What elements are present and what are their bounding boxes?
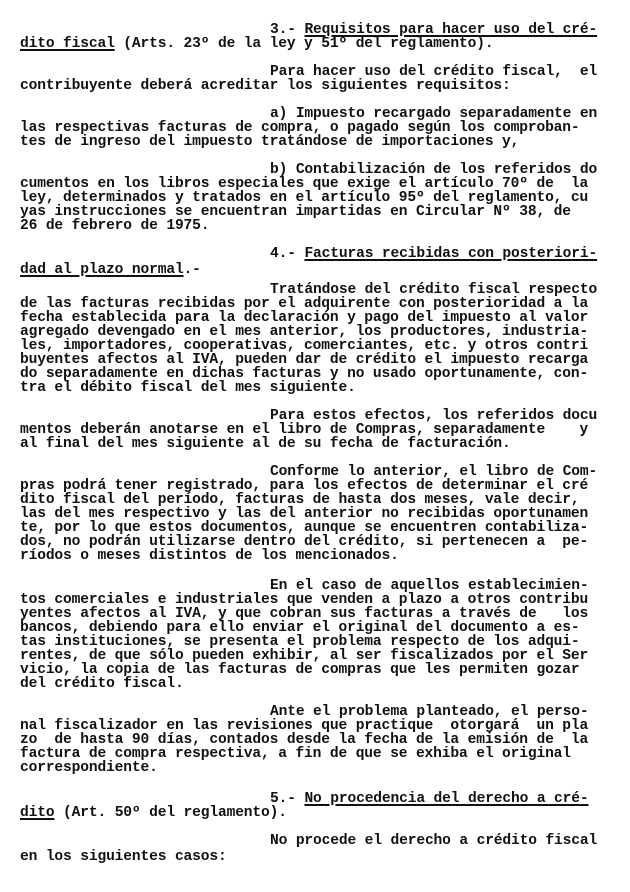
paragraph-line: les, importadores, cooperativas, comerci… xyxy=(20,339,588,353)
paragraph-line: Tratándose del crédito fiscal respecto xyxy=(270,283,597,297)
paragraph-line: Conforme lo anterior, el libro de Com- xyxy=(270,465,597,479)
paragraph-line: 26 de febrero de 1975. xyxy=(20,219,209,233)
paragraph-line: te, por lo que estos documentos, aunque … xyxy=(20,521,588,535)
paragraph-line: pras podrá tener registrado, para los ef… xyxy=(20,479,588,493)
paragraph-line: fecha establecida para la declaración y … xyxy=(20,311,588,325)
section-3-heading-line2: dito fiscal (Arts. 23º de la ley y 51º d… xyxy=(20,37,493,51)
paragraph-line: vicio, la copia de las facturas de compr… xyxy=(20,663,580,677)
paragraph-line: correspondiente. xyxy=(20,761,158,775)
section-3-heading-line1: 3.- Requisitos para hacer uso del cré- xyxy=(270,23,597,37)
document-page: 3.- Requisitos para hacer uso del cré- d… xyxy=(0,0,630,892)
section-4-title-tail: .- xyxy=(184,262,201,278)
paragraph-line: al final del mes siguiente al de su fech… xyxy=(20,437,511,451)
section-5-title-tail: (Art. 50º del reglamento). xyxy=(54,805,286,821)
paragraph-line: factura de compra respectiva, a fin de q… xyxy=(20,747,571,761)
paragraph-line: a) Impuesto recargado separadamente en xyxy=(270,107,597,121)
paragraph-line: tes de ingreso del impuesto tratándose d… xyxy=(20,135,519,149)
paragraph-line: en los siguientes casos: xyxy=(20,850,227,864)
paragraph-line: do separadamente en dichas facturas y no… xyxy=(20,367,588,381)
paragraph-line: mentos deberán anotarse en el libro de C… xyxy=(20,423,588,437)
section-4-heading-line2: dad al plazo normal.- xyxy=(20,263,201,277)
paragraph-line: bancos, debiendo para ello enviar el ori… xyxy=(20,621,580,635)
paragraph-line: Para estos efectos, los referidos docu xyxy=(270,409,597,423)
section-5-heading-line1: 5.- No procedencia del derecho a cré- xyxy=(270,792,589,806)
paragraph-line: Para hacer uso del crédito fiscal, el xyxy=(270,65,597,79)
section-4-title-part2: dad al plazo normal xyxy=(20,262,184,278)
paragraph-line: b) Contabilización de los referidos do xyxy=(270,163,597,177)
paragraph-line: del crédito fiscal. xyxy=(20,677,184,691)
section-4-title-part1: Facturas recibidas con posteriori- xyxy=(304,246,597,262)
section-3-title-part2: dito fiscal xyxy=(20,36,115,52)
section-5-heading-line2: dito (Art. 50º del reglamento). xyxy=(20,806,287,820)
paragraph-line: dito fiscal del período, facturas de has… xyxy=(20,493,580,507)
paragraph-line: tas instituciones, se presenta el proble… xyxy=(20,635,580,649)
section-3-title-tail: (Arts. 23º de la ley y 51º del reglament… xyxy=(115,36,494,52)
paragraph-line: ríodos o meses distintos de los menciona… xyxy=(20,549,399,563)
paragraph-line: ley, determinados y tratados en el artíc… xyxy=(20,191,588,205)
paragraph-line: No procede el derecho a crédito fiscal xyxy=(270,834,597,848)
paragraph-line: Ante el problema planteado, el perso- xyxy=(270,705,588,719)
paragraph-line: nal fiscalizador en las revisiones que p… xyxy=(20,719,588,733)
section-4-heading-line1: 4.- Facturas recibidas con posteriori- xyxy=(270,247,597,261)
paragraph-line: tos comerciales e industriales que vende… xyxy=(20,593,588,607)
section-5-title-part2: dito xyxy=(20,805,54,821)
paragraph-line: zo de hasta 90 días, contados desde la f… xyxy=(20,733,588,747)
paragraph-line: las respectivas facturas de compra, o pa… xyxy=(20,121,580,135)
section-5-title-part1: No procedencia del derecho a cré- xyxy=(304,791,588,807)
paragraph-line: las del mes respectivo y las del anterio… xyxy=(20,507,588,521)
paragraph-line: yentes afectos al IVA, y que cobran sus … xyxy=(20,607,588,621)
paragraph-line: contribuyente deberá acreditar los sigui… xyxy=(20,79,511,93)
paragraph-line: rentes, de que sólo pueden exhibir, al s… xyxy=(20,649,588,663)
paragraph-line: tra el débito fiscal del mes siguiente. xyxy=(20,381,356,395)
paragraph-line: yas instrucciones se encuentran impartid… xyxy=(20,205,571,219)
paragraph-line: dos, no podrán utilizarse dentro del cré… xyxy=(20,535,588,549)
paragraph-line: de las facturas recibidas por el adquire… xyxy=(20,297,588,311)
paragraph-line: cumentos en los libros especiales que ex… xyxy=(20,177,588,191)
paragraph-line: buyentes afectos al IVA, pueden dar de c… xyxy=(20,353,588,367)
paragraph-line: agregado devengado en el mes anterior, l… xyxy=(20,325,588,339)
paragraph-line: En el caso de aquellos establecimien- xyxy=(270,579,588,593)
section-4-number: 4.- xyxy=(270,246,296,262)
